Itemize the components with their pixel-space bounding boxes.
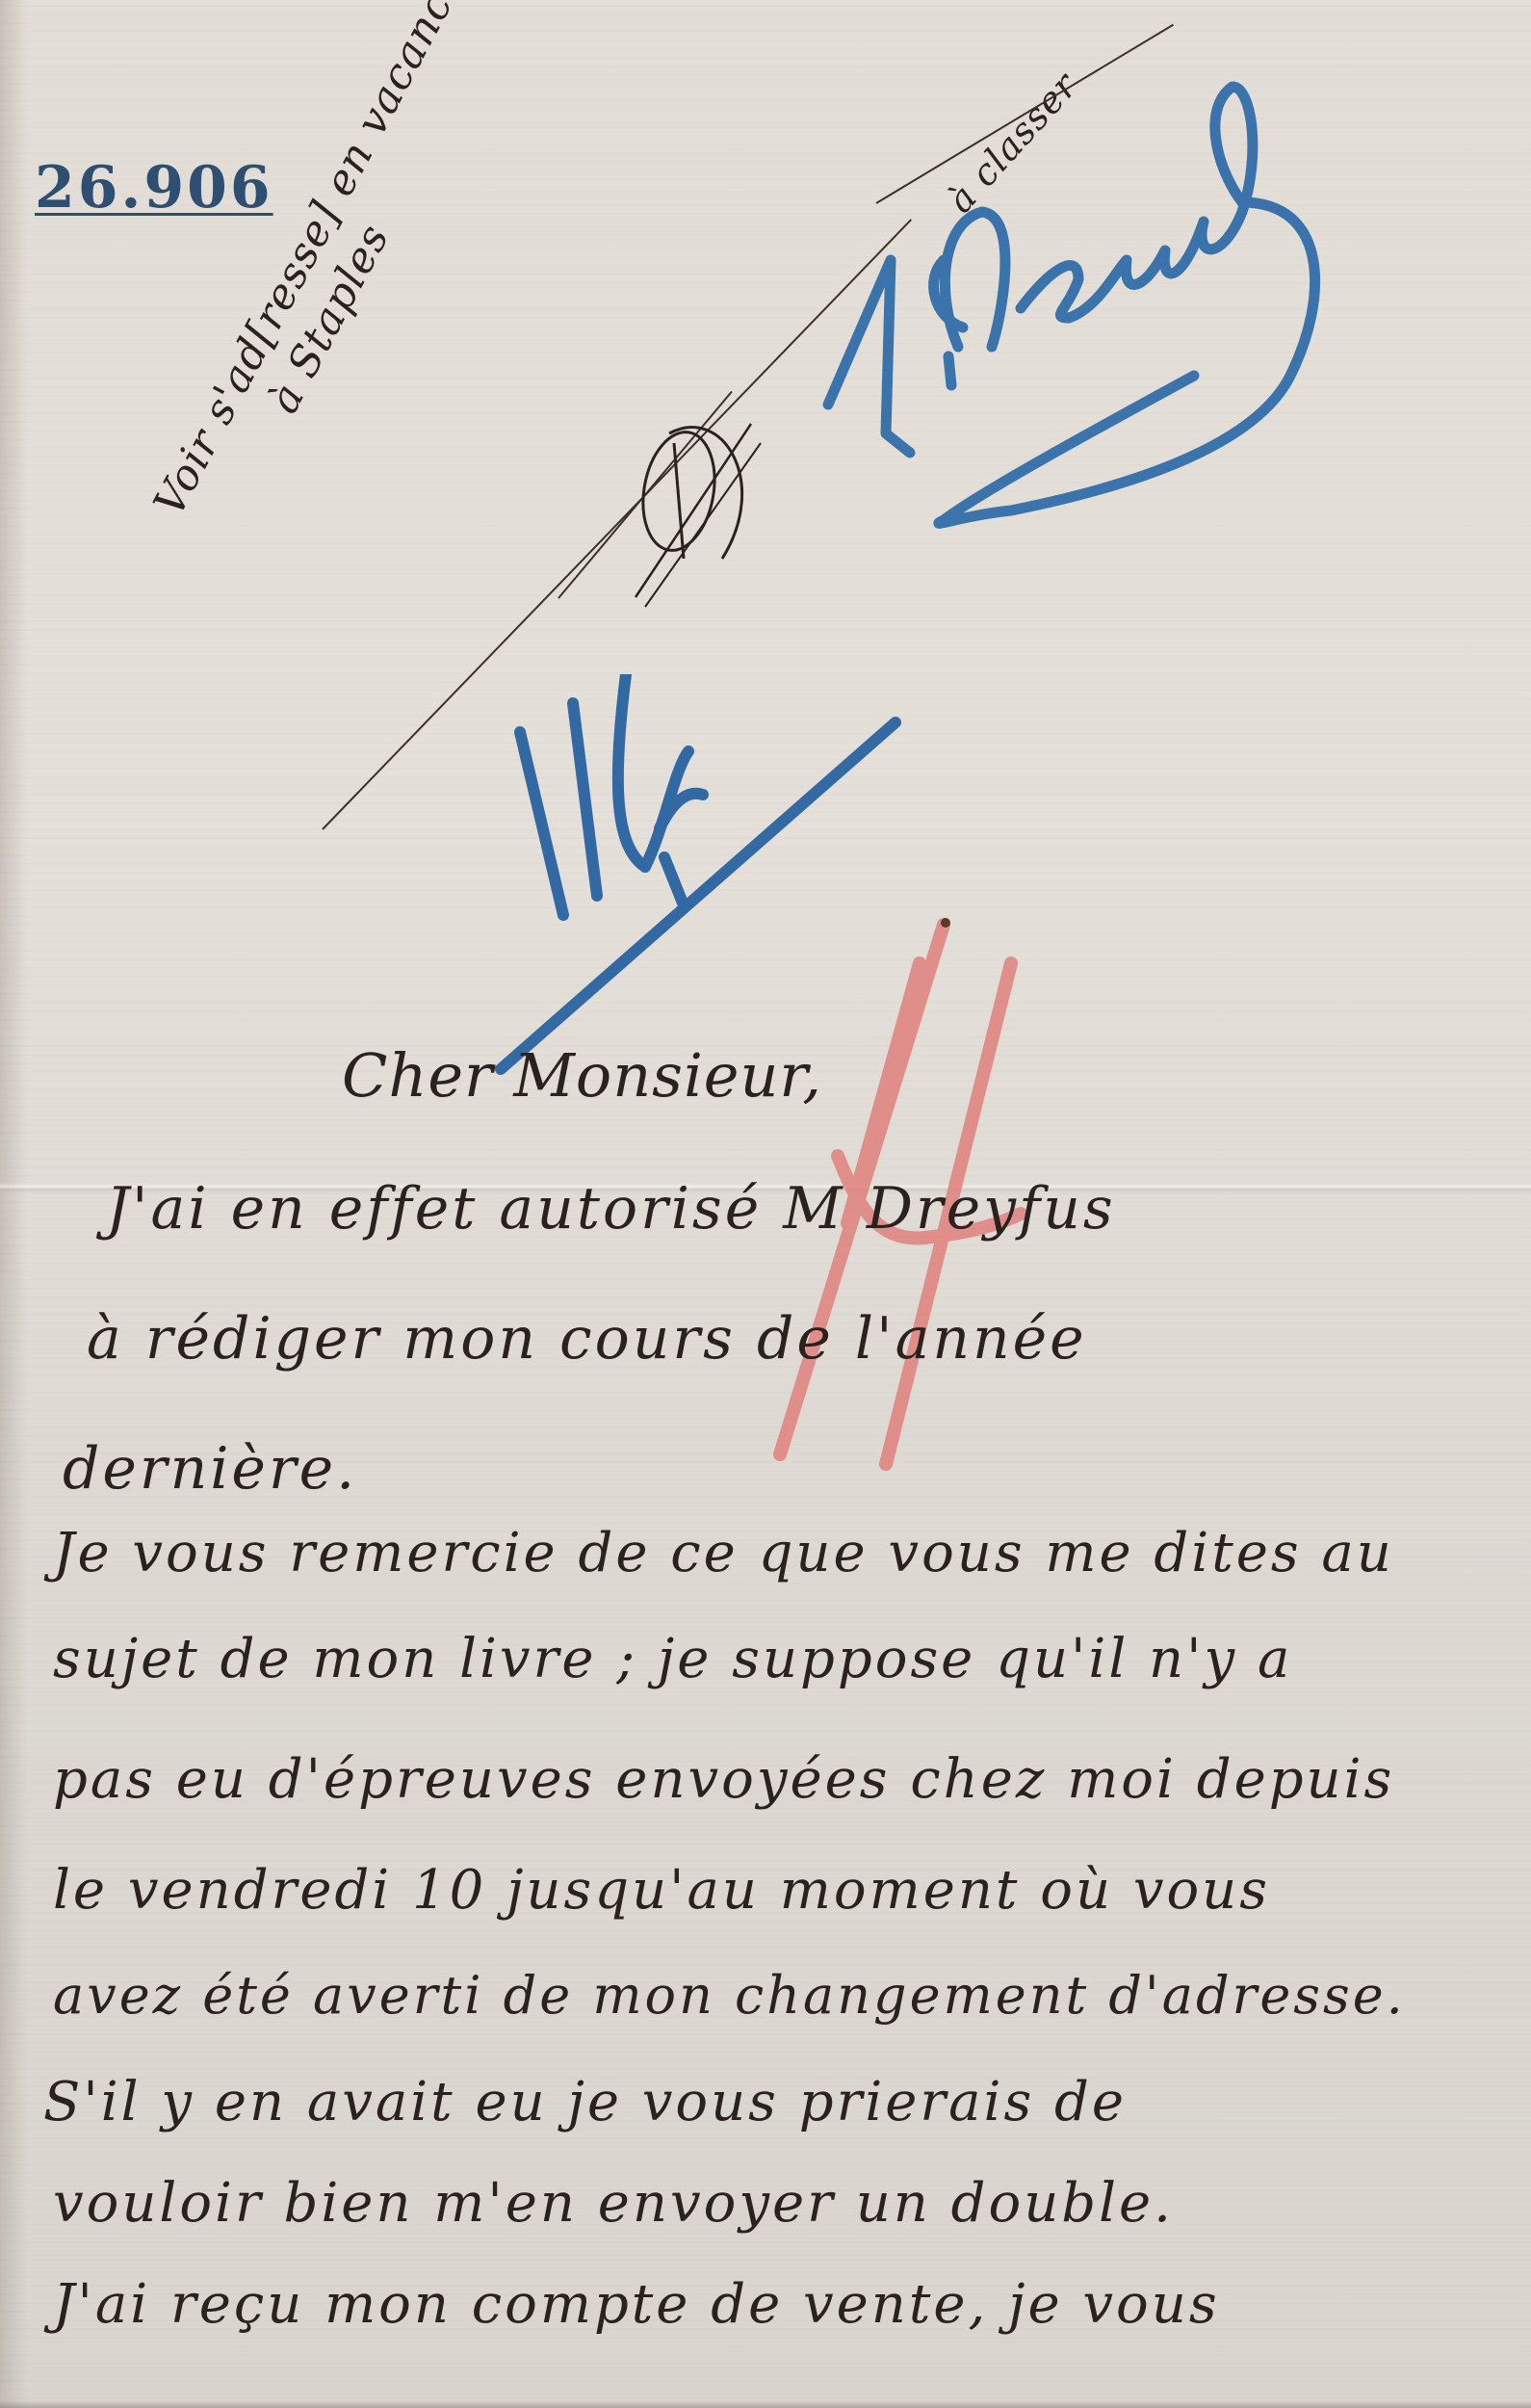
letter-line: pas eu d'épreuves envoyées chez moi depu… [53, 1748, 1394, 1811]
letter-page: 26.906 Voir s'ad[resse] en vacances à St… [0, 0, 1531, 2408]
letter-line: le vendredi 10 jusqu'au moment où vous [53, 1859, 1270, 1922]
letter-line: à rédiger mon cours de l'année [87, 1305, 1087, 1373]
letter-line: J'ai en effet autorisé M Dreyfus [106, 1175, 1116, 1243]
letter-line: Je vous remercie de ce que vous me dites… [53, 1522, 1394, 1584]
letter-line: avez été averti de mon changement d'adre… [53, 1965, 1406, 2026]
letter-line: vouloir bien m'en envoyer un double. [53, 2172, 1174, 2235]
letter-line: dernière. [63, 1435, 357, 1503]
letter-line: sujet de mon livre ; je suppose qu'il n'… [53, 1628, 1292, 1690]
letter-line: J'ai reçu mon compte de vente, je vous [53, 2273, 1220, 2336]
letter-line: S'il y en avait eu je vous prierais de [43, 2071, 1127, 2133]
letter-salutation: Cher Monsieur, [342, 1040, 822, 1111]
letter-body: Cher Monsieur, J'ai en effet autorisé M … [0, 0, 1531, 2408]
